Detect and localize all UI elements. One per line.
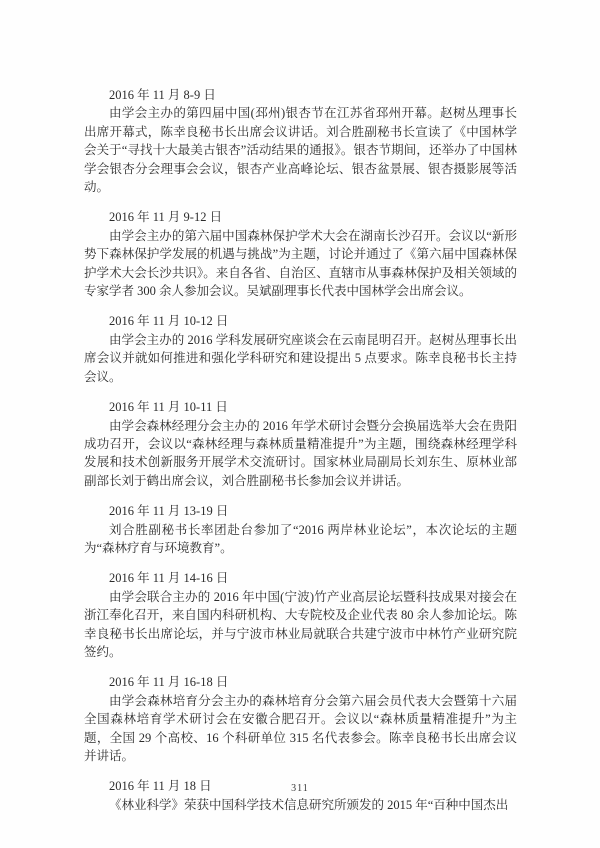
journal-entry: 2016 年 11 月 10-12 日 由学会主办的 2016 学科发展研究座谈…	[84, 312, 517, 386]
entry-date: 2016 年 11 月 10-11 日	[84, 398, 517, 416]
journal-entry: 2016 年 11 月 16-18 日 由学会森林培育分会主办的森林培育分会第六…	[84, 673, 517, 765]
journal-entry: 2016 年 11 月 10-11 日 由学会森林经理分会主办的 2016 年学…	[84, 398, 517, 490]
entry-paragraph: 由学会主办的第四届中国(邳州)银杏节在江苏省邳州开幕。赵树丛理事长出席开幕式，陈…	[84, 104, 517, 196]
entry-paragraph: 由学会主办的 2016 学科发展研究座谈会在云南昆明召开。赵树丛理事长出席会议并…	[84, 331, 517, 386]
entry-paragraph: 由学会主办的第六届中国森林保护学术大会在湖南长沙召开。会议以“新形势下森林保护学…	[84, 227, 517, 301]
entry-paragraph: 由学会联合主办的 2016 年中国(宁波)竹产业高层论坛暨科技成果对接会在浙江奉…	[84, 588, 517, 662]
document-page: 2016 年 11 月 8-9 日 由学会主办的第四届中国(邳州)银杏节在江苏省…	[0, 0, 600, 848]
entry-paragraph: 由学会森林经理分会主办的 2016 年学术研讨会暨分会换届选举大会在贵阳成功召开…	[84, 417, 517, 491]
entries-list: 2016 年 11 月 8-9 日 由学会主办的第四届中国(邳州)银杏节在江苏省…	[84, 86, 517, 826]
entry-date: 2016 年 11 月 10-12 日	[84, 312, 517, 330]
journal-entry: 2016 年 11 月 14-16 日 由学会联合主办的 2016 年中国(宁波…	[84, 569, 517, 661]
entry-date: 2016 年 11 月 14-16 日	[84, 569, 517, 587]
entry-paragraph: 《林业科学》荣获中国科学技术信息研究所颁发的 2015 年“百种中国杰出	[84, 796, 517, 814]
journal-entry: 2016 年 11 月 8-9 日 由学会主办的第四届中国(邳州)银杏节在江苏省…	[84, 86, 517, 196]
entry-date: 2016 年 11 月 9-12 日	[84, 208, 517, 226]
journal-entry: 2016 年 11 月 13-19 日 刘合胜副秘书长率团赴台参加了“2016 …	[84, 502, 517, 557]
page-number: 311	[0, 783, 600, 794]
entry-date: 2016 年 11 月 8-9 日	[84, 86, 517, 104]
entry-date: 2016 年 11 月 13-19 日	[84, 502, 517, 520]
journal-entry: 2016 年 11 月 9-12 日 由学会主办的第六届中国森林保护学术大会在湖…	[84, 208, 517, 300]
entry-paragraph: 由学会森林培育分会主办的森林培育分会第六届会员代表大会暨第十六届全国森林培育学术…	[84, 692, 517, 766]
entry-paragraph: 刘合胜副秘书长率团赴台参加了“2016 两岸林业论坛”，本次论坛的主题为“森林疗…	[84, 521, 517, 558]
entry-date: 2016 年 11 月 16-18 日	[84, 673, 517, 691]
